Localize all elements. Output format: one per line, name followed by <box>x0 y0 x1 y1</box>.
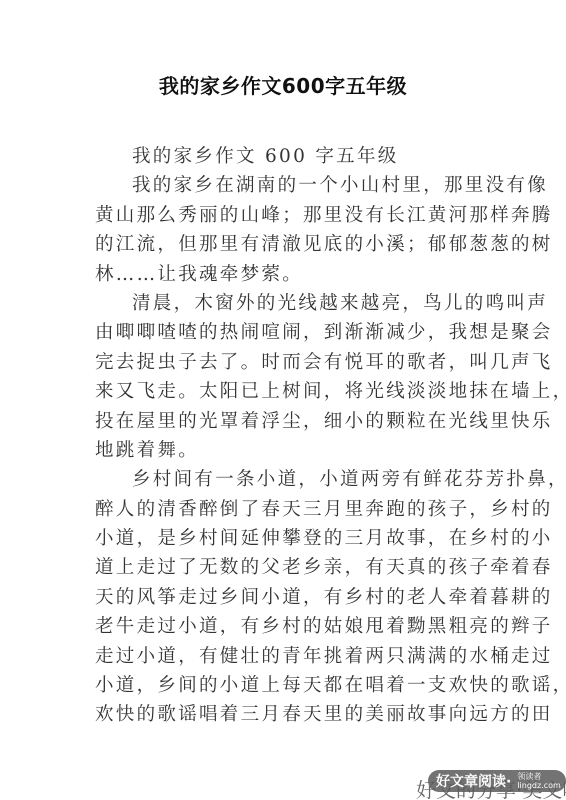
text-line: 欢快的歌谣唱着三月春天里的美丽故事向远方的田 <box>95 700 475 729</box>
text-line: 天的风筝走过乡间小道，有乡村的老人牵着暮耕的 <box>95 583 475 612</box>
text-line: 小道，是乡村间延伸攀登的三月故事，在乡村的小 <box>95 524 475 553</box>
watermark-badge: 好文章阅读· 领读者 lingdz.com <box>428 770 566 792</box>
document-title: 我的家乡作文600字五年级 <box>0 70 566 99</box>
watermark-domain: lingdz.com <box>517 781 561 790</box>
text-line: 走过小道，有健壮的青年挑着两只满满的水桶走过 <box>95 642 475 671</box>
text-line: 黄山那么秀丽的山峰；那里没有长江黄河那样奔腾 <box>95 201 475 230</box>
watermark-brand-name: 领读者 <box>517 772 561 781</box>
text-line: 的江流，但那里有清澈见底的小溪；郁郁葱葱的树 <box>95 230 475 259</box>
text-line: 醉人的清香醉倒了春天三月里奔跑的孩子，乡村的 <box>95 495 475 524</box>
subtitle-line: 我的家乡作文 600 字五年级 <box>95 142 475 171</box>
text-line: 投在屋里的光罩着浮尘，细小的颗粒在光线里快乐 <box>95 407 475 436</box>
text-line: 我的家乡在湖南的一个小山村里，那里没有像 <box>95 171 475 200</box>
text-line: 乡村间有一条小道，小道两旁有鲜花芬芳扑鼻， <box>95 465 475 494</box>
watermark-brand: 领读者 lingdz.com <box>517 772 561 790</box>
text-line: 由唧唧喳喳的热闹喧闹，到渐渐减少，我想是聚会 <box>95 318 475 347</box>
text-line: 老牛走过小道，有乡村的姑娘甩着黝黑粗亮的辫子 <box>95 612 475 641</box>
text-line: 道上走过了无数的父老乡亲，有天真的孩子牵着春 <box>95 553 475 582</box>
text-line: 完去捉虫子去了。时而会有悦耳的歌者，叫几声飞 <box>95 348 475 377</box>
text-line: 来又飞走。太阳已上树间，将光线淡淡地抹在墙上， <box>95 377 475 406</box>
article-body: 我的家乡作文 600 字五年级 我的家乡在湖南的一个小山村里，那里没有像 黄山那… <box>95 142 475 730</box>
text-line: 地跳着舞。 <box>95 436 475 465</box>
text-line: 清晨，木窗外的光线越来越亮，鸟儿的鸣叫声 <box>95 289 475 318</box>
text-line: 小道，乡间的小道上每天都在唱着一支欢快的歌谣， <box>95 671 475 700</box>
text-line: 林……让我魂牵梦萦。 <box>95 260 475 289</box>
watermark: 好文的分享·美文吧 好文章阅读· 领读者 lingdz.com <box>406 770 566 800</box>
watermark-main-text: 好文章阅读· <box>436 771 511 791</box>
